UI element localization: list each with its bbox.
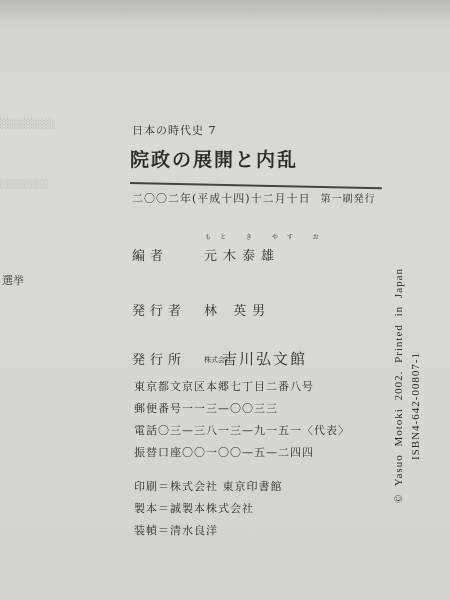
page-edge-shadow [0, 0, 450, 22]
colophon-page: ░░░░░░░░ ░░░░░░░ 選挙 日本の時代史 7 院政の展開と内乱 二〇… [0, 0, 450, 600]
publisher-role: 発行者 [132, 300, 204, 319]
divider-rule [130, 182, 382, 189]
address-line: 東京都文京区本郷七丁目二番八号 [134, 378, 314, 394]
copyright-notice: © Yasuo Motoki 2002. Printed in Japan [393, 268, 405, 503]
book-title: 院政の展開と内乱 [130, 145, 298, 172]
publishing-house-name: 吉川弘文館 [222, 350, 307, 368]
printer-credit: 印刷＝株式会社 東京印書館 [134, 478, 283, 494]
designer-credit: 装幀＝清水良洋 [134, 522, 218, 538]
publishing-house-line: 発行所株式会社吉川弘文館 [132, 348, 307, 369]
corp-mark: 株式会社 [204, 357, 218, 364]
publication-date-text: 二〇〇二年(平成十四)十二月十日 [132, 192, 311, 205]
bleed-through-text: 選挙 [2, 272, 24, 288]
isbn-number: ISBN4-642-00807-1 [410, 352, 422, 460]
postal-code-line: 郵便番号一一三—〇〇三三 [134, 400, 278, 416]
publication-date: 二〇〇二年(平成十四)十二月十日第一刷発行 [132, 190, 376, 206]
publisher-line: 発行者林 英男 [132, 300, 271, 319]
phone-line: 電話〇三—三八一三—九一五一〈代表〉 [134, 422, 350, 438]
transfer-account-line: 振替口座〇〇一〇〇—五—二四四 [134, 444, 314, 460]
bleed-through-line: ░░░░░░░░ [0, 120, 55, 130]
editor-role: 編者 [132, 245, 204, 264]
bleed-through-line: ░░░░░░░ [0, 180, 48, 190]
series-name: 日本の時代史 7 [132, 122, 217, 138]
edition-text: 第一刷発行 [321, 194, 376, 205]
editor-name: 元木泰雄 [204, 249, 280, 264]
editor-line: 編者元木泰雄 [132, 245, 280, 264]
binder-credit: 製本＝誠製本株式会社 [134, 500, 254, 516]
editor-ruby: もと き やす お [205, 232, 328, 241]
publisher-name: 林 英男 [204, 304, 271, 319]
publishing-house-role: 発行所 [132, 349, 204, 368]
